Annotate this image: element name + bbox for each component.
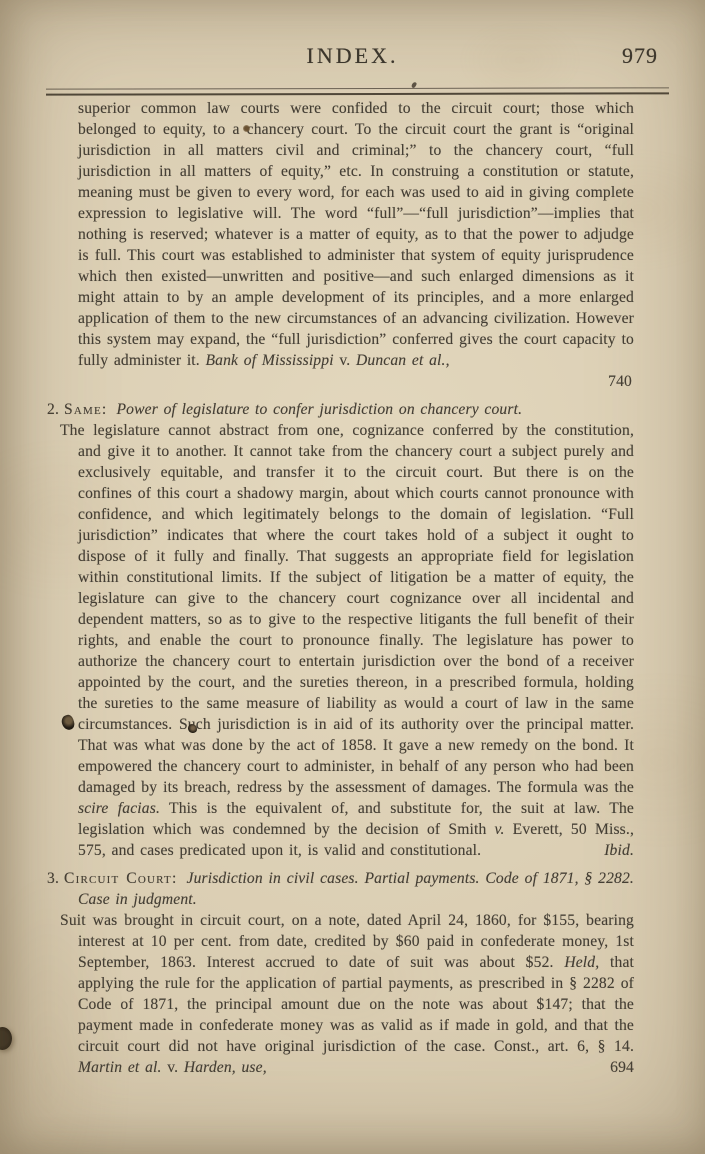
running-head: INDEX. 979: [0, 44, 705, 72]
page-title: INDEX.: [0, 44, 705, 68]
index-entry-3-body: Suit was brought in circuit court, on a …: [78, 910, 634, 1078]
index-entry-2-heading: 2.Same:Power of legislature to confer ju…: [78, 399, 634, 420]
index-entry-continuation: superior common law courts were confided…: [78, 98, 634, 371]
case-page-ref: 694: [610, 1057, 634, 1078]
case-page-ref: 740: [78, 371, 632, 392]
header-double-rule: [46, 87, 669, 95]
index-text-block: superior common law courts were confided…: [78, 98, 634, 1078]
ink-blot: [243, 125, 250, 132]
case-page-ref: Ibid.: [604, 840, 634, 861]
ink-blot: [188, 724, 197, 733]
index-entry-3-heading: 3.Circuit Court:Jurisdiction in civil ca…: [78, 868, 634, 910]
index-entry-2-body: The legislature cannot abstract from one…: [78, 420, 634, 861]
page-number: 979: [622, 44, 658, 68]
scanned-book-page: { "header": { "title": "INDEX.", "page_n…: [0, 0, 705, 1154]
